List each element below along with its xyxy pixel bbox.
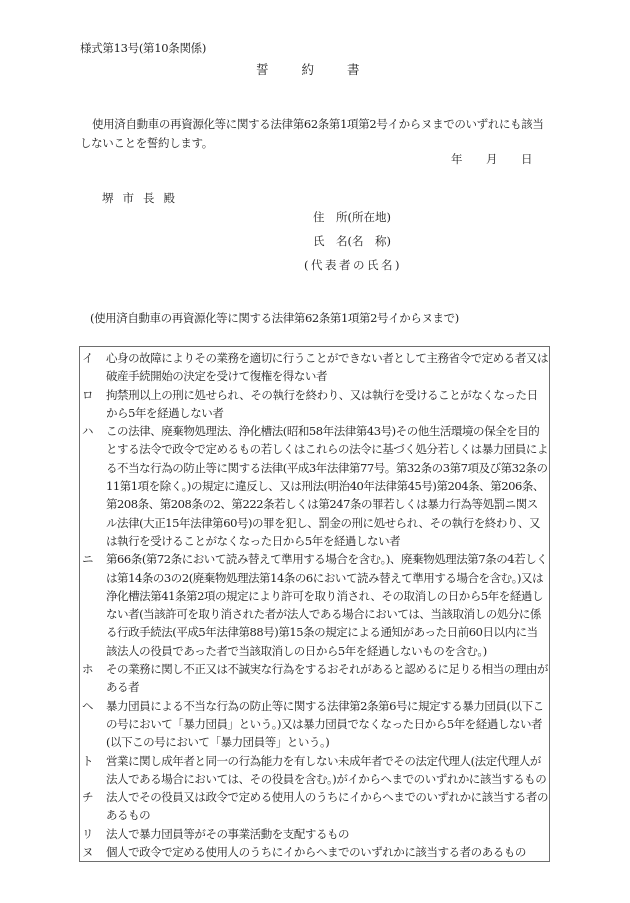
applicant-name-label: 氏 名(名 称) <box>313 233 391 249</box>
item-text: 拘禁刑以上の刑に処せられ、その執行を終わり、又は執行を受けることがなくなった日か… <box>95 386 548 423</box>
list-item: ヘ 暴力団員による不当な行為の防止等に関する法律第2条第6号に規定する暴力団員(… <box>82 697 548 752</box>
addressee: 堺市長殿 <box>102 190 184 206</box>
date-month-label: 月 <box>486 151 521 167</box>
item-text: 個人で政令で定める使用人のうちにイからヘまでのいずれかに該当する者のあるもの <box>95 843 548 861</box>
list-item: ト 営業に関し成年者と同一の行為能力を有しない未成年者でその法定代理人(法定代理… <box>82 752 548 789</box>
item-text: 法人でその役員又は政令で定める使用人のうちにイからヘまでのいずれかに該当する者の… <box>95 788 548 825</box>
list-item: ハ この法律、廃棄物処理法、浄化槽法(昭和58年法律第43号)その他生活環境の保… <box>82 422 548 550</box>
list-item: チ 法人でその役員又は政令で定める使用人のうちにイからヘまでのいずれかに該当する… <box>82 788 548 825</box>
date-year-label: 年 <box>451 151 486 167</box>
item-text: 営業に関し成年者と同一の行為能力を有しない未成年者でその法定代理人(法定代理人が… <box>95 752 548 789</box>
date-line: 年 月 日 <box>451 151 556 167</box>
scope-note: (使用済自動車の再資源化等に関する法律第62条第1項第2号イからヌまで) <box>90 310 459 326</box>
applicant-address-label: 住 所(所在地) <box>313 209 391 225</box>
pledge-statement: 使用済自動車の再資源化等に関する法律第62条第1項第2号イからヌまでのいずれにも… <box>80 115 548 152</box>
title-char: 書 <box>347 60 393 78</box>
title-char: 約 <box>302 60 348 78</box>
form-number: 様式第13号(第10条関係) <box>80 40 206 56</box>
disqualification-list: イ 心身の故障によりその業務を適切に行うことができない者として主務省令で定める者… <box>82 349 548 861</box>
list-item: ロ 拘禁刑以上の刑に処せられ、その執行を終わり、又は執行を受けることがなくなった… <box>82 386 548 423</box>
date-day-label: 日 <box>521 151 556 167</box>
item-text: この法律、廃棄物処理法、浄化槽法(昭和58年法律第43号)その他生活環境の保全を… <box>95 422 548 550</box>
item-text: その業務に関し不正又は不誠実な行為をするおそれがあると認めるに足りる相当の理由が… <box>95 660 548 697</box>
item-text: 暴力団員による不当な行為の防止等に関する法律第2条第6号に規定する暴力団員(以下… <box>95 697 548 752</box>
document-title: 誓 約 書 <box>256 60 393 78</box>
list-item: ホ その業務に関し不正又は不誠実な行為をするおそれがあると認めるに足りる相当の理… <box>82 660 548 697</box>
list-item: ヌ 個人で政令で定める使用人のうちにイからヘまでのいずれかに該当する者のあるもの <box>82 843 548 861</box>
list-item: ニ 第66条(第72条において読み替えて準用する場合を含む。)、廃棄物処理法第7… <box>82 550 548 660</box>
item-text: 第66条(第72条において読み替えて準用する場合を含む。)、廃棄物処理法第7条の… <box>95 550 548 660</box>
list-item: イ 心身の故障によりその業務を適切に行うことができない者として主務省令で定める者… <box>82 349 548 386</box>
item-text: 法人で暴力団員等がその事業活動を支配するもの <box>95 825 548 843</box>
item-text: 心身の故障によりその業務を適切に行うことができない者として主務省令で定める者又は… <box>95 349 548 386</box>
title-char: 誓 <box>256 60 302 78</box>
applicant-representative-label: (代表者の氏名) <box>304 257 402 273</box>
list-item: リ 法人で暴力団員等がその事業活動を支配するもの <box>82 825 548 843</box>
